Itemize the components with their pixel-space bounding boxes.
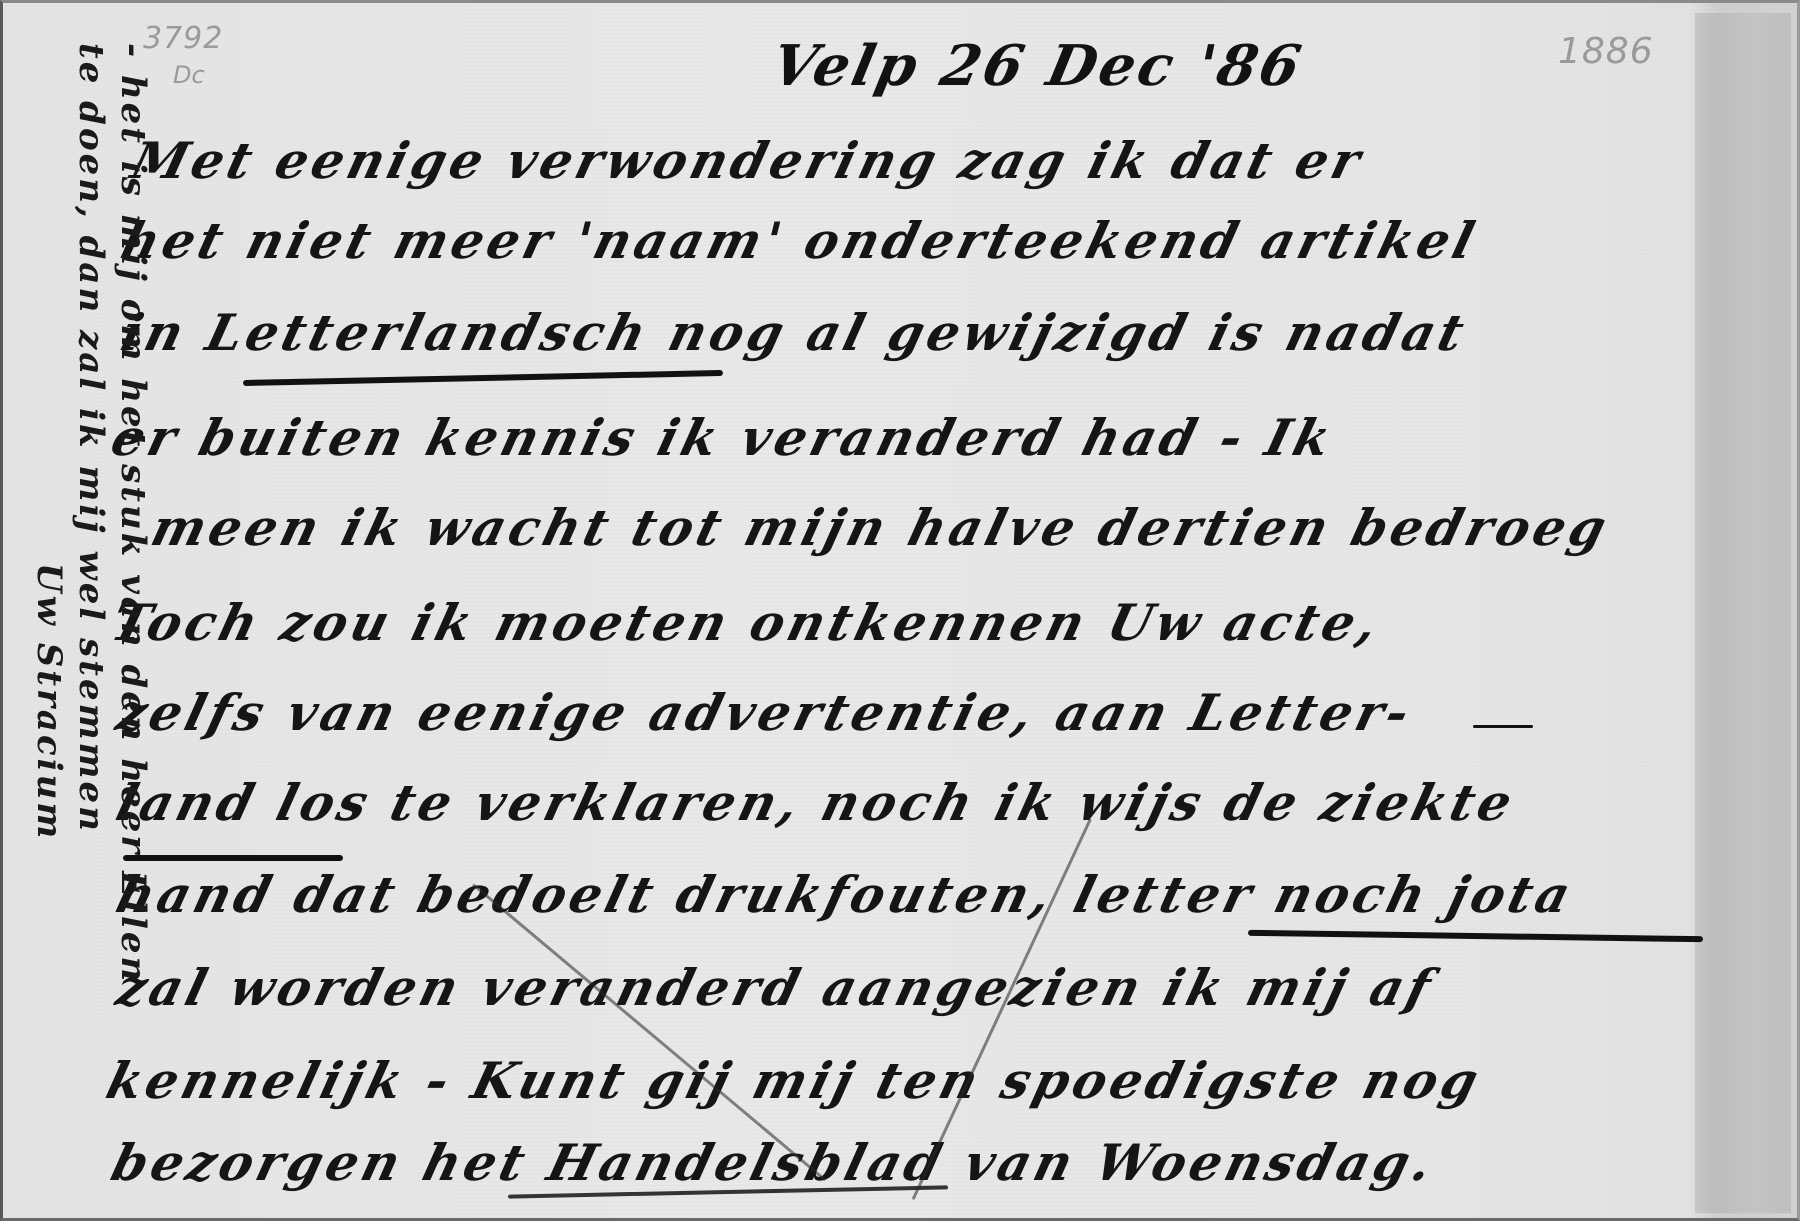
archive-year: 1886 bbox=[1558, 31, 1654, 72]
body-line-2: het niet meer 'naam' onderteekend artike… bbox=[116, 211, 1484, 270]
margin-line-2: te doen, dan zal ik mij wel stemmen bbox=[71, 43, 111, 834]
margin-line-1: - het is mij om het stuk van den heer El… bbox=[113, 43, 153, 984]
body-line-10: zal worden veranderd aangezien ik mij af bbox=[111, 958, 1441, 1017]
body-line-5: meen ik wacht tot mijn halve dertien bed… bbox=[146, 498, 1616, 557]
body-line-6: Toch zou ik moeten ontkennen Uw acte, bbox=[106, 593, 1388, 652]
body-line-12: bezorgen het Handelsblad van Woensdag. bbox=[106, 1133, 1442, 1192]
margin-line-3: Uw Stracium bbox=[29, 563, 69, 841]
archive-number: 3792 bbox=[143, 21, 223, 56]
underline-land bbox=[123, 855, 343, 861]
body-line-8: land los te verklaren, noch ik wijs de z… bbox=[111, 773, 1522, 832]
body-line-11: kennelijk - Kunt gij mij ten spoedigste … bbox=[101, 1051, 1488, 1110]
archive-subnote: Dc bbox=[173, 61, 205, 89]
underline-letter-noch-jota bbox=[1248, 930, 1703, 942]
letter-page: 3792 Dc 1886 Velp 26 Dec '86 Met eenige … bbox=[0, 0, 1800, 1221]
body-line-9: hand dat bedoelt drukfouten, letter noch… bbox=[111, 865, 1580, 924]
binding-shadow bbox=[1695, 13, 1791, 1213]
body-line-3: in Letterlandsch nog al gewijzigd is nad… bbox=[116, 303, 1474, 362]
underline-letterland bbox=[243, 370, 723, 386]
body-line-7: zelfs van eenige advertentie, aan Letter… bbox=[111, 683, 1420, 742]
body-line-4: er buiten kennis ik veranderd had - Ik bbox=[106, 408, 1341, 467]
underline-letter bbox=[1473, 725, 1533, 728]
body-line-1: Met eenige verwondering zag ik dat er bbox=[126, 131, 1371, 190]
dateline: Velp 26 Dec '86 bbox=[766, 33, 1309, 99]
